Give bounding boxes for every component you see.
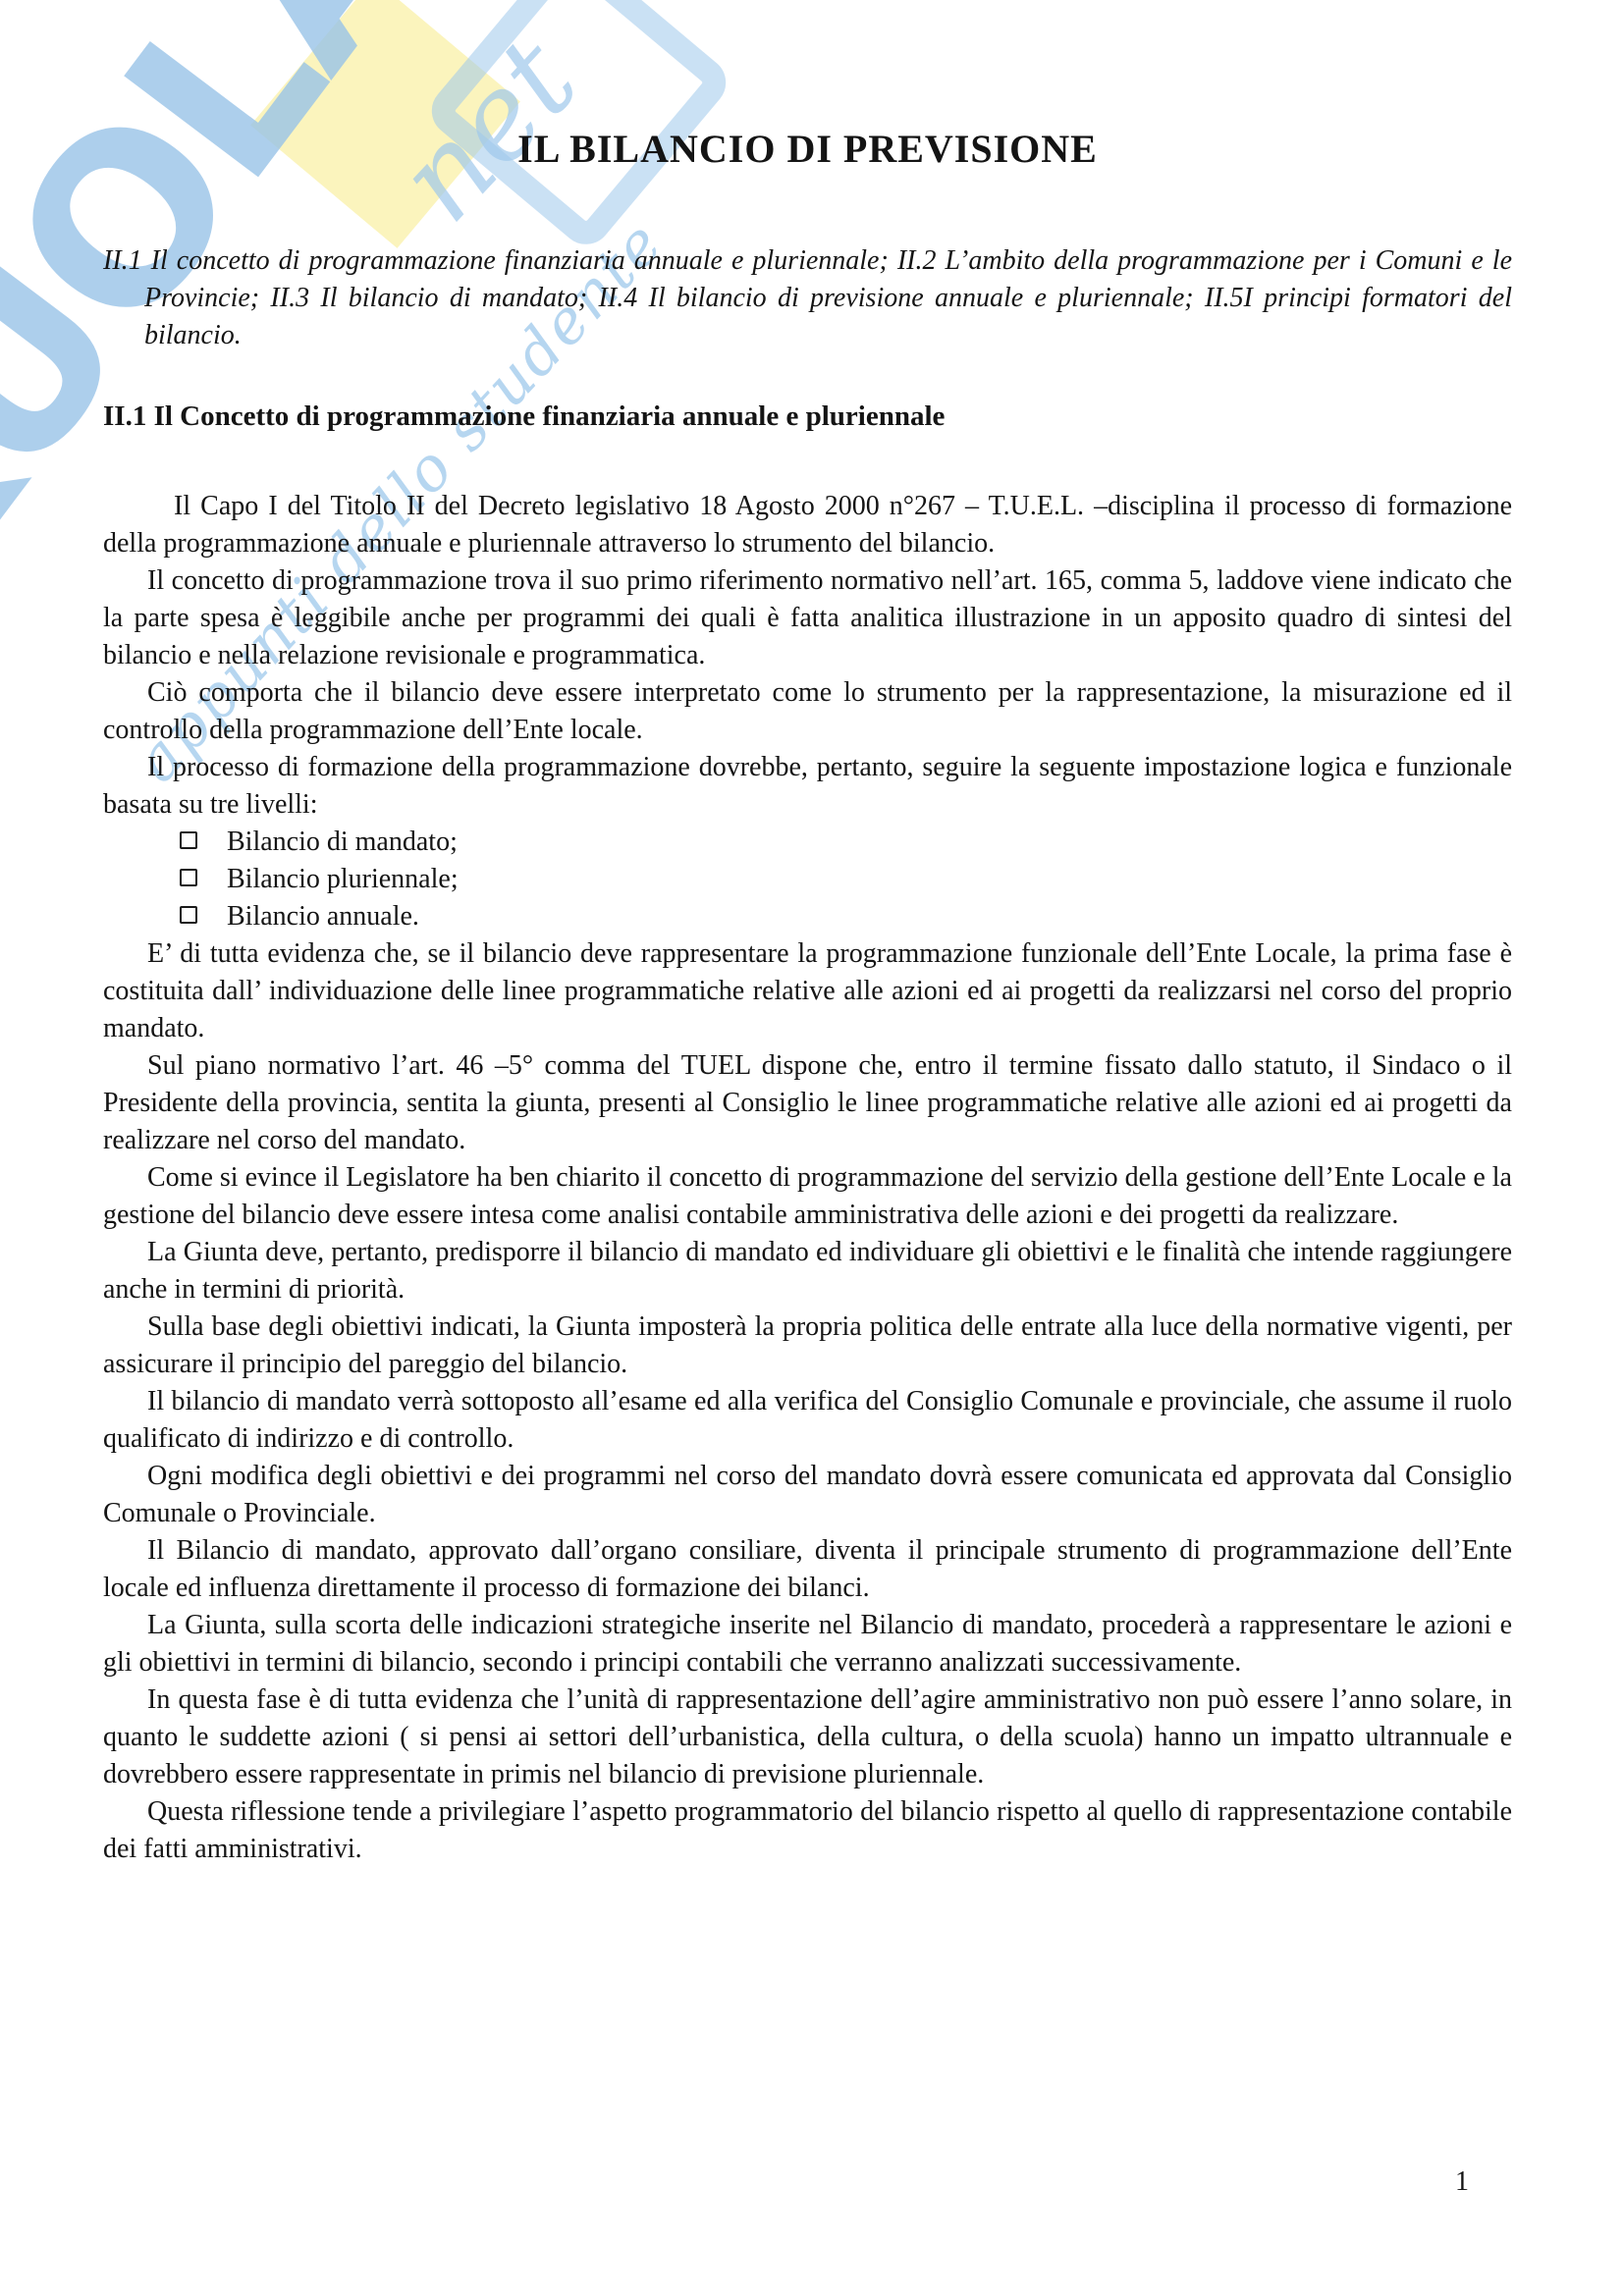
bullet-item: Bilancio di mandato; — [180, 824, 1512, 861]
paragraph: Ogni modifica degli obiettivi e dei prog… — [103, 1458, 1512, 1532]
page-number: 1 — [1455, 2166, 1469, 2198]
section-heading: II.1 Il Concetto di programmazione finan… — [103, 399, 1512, 434]
bullet-item-label: Bilancio annuale. — [227, 898, 419, 935]
paragraph: Il concetto di programmazione trova il s… — [103, 562, 1512, 674]
bullet-item-label: Bilancio pluriennale; — [227, 861, 459, 898]
paragraph: Sul piano normativo l’art. 46 –5° comma … — [103, 1047, 1512, 1159]
paragraph: Il bilancio di mandato verrà sottoposto … — [103, 1383, 1512, 1458]
paragraph: Il Capo I del Titolo II del Decreto legi… — [103, 488, 1512, 562]
abstract-paragraph: II.1 Il concetto di programmazione finan… — [103, 242, 1512, 354]
bullet-item: Bilancio pluriennale; — [180, 861, 1512, 898]
paragraph: In questa fase è di tutta evidenza che l… — [103, 1682, 1512, 1793]
document-page: SKUOLA net appunti dello studente IL BIL… — [0, 0, 1623, 2296]
paragraph: Il Bilancio di mandato, approvato dall’o… — [103, 1532, 1512, 1607]
paragraph: Sulla base degli obiettivi indicati, la … — [103, 1308, 1512, 1383]
paragraph: Come si evince il Legislatore ha ben chi… — [103, 1159, 1512, 1234]
paragraph: Questa riflessione tende a privilegiare … — [103, 1793, 1512, 1868]
bullet-item: Bilancio annuale. — [180, 898, 1512, 935]
paragraph: Ciò comporta che il bilancio deve essere… — [103, 674, 1512, 749]
document-content: IL BILANCIO DI PREVISIONE II.1 Il concet… — [0, 0, 1623, 1868]
bullet-item-label: Bilancio di mandato; — [227, 824, 458, 861]
paragraph: Il processo di formazione della programm… — [103, 749, 1512, 824]
document-title: IL BILANCIO DI PREVISIONE — [103, 126, 1512, 172]
square-bullet-icon — [180, 831, 197, 849]
square-bullet-icon — [180, 869, 197, 886]
paragraph: La Giunta deve, pertanto, predisporre il… — [103, 1234, 1512, 1308]
square-bullet-icon — [180, 906, 197, 924]
body-text: Il Capo I del Titolo II del Decreto legi… — [103, 488, 1512, 1868]
paragraph: La Giunta, sulla scorta delle indicazion… — [103, 1607, 1512, 1682]
paragraph: E’ di tutta evidenza che, se il bilancio… — [103, 935, 1512, 1047]
